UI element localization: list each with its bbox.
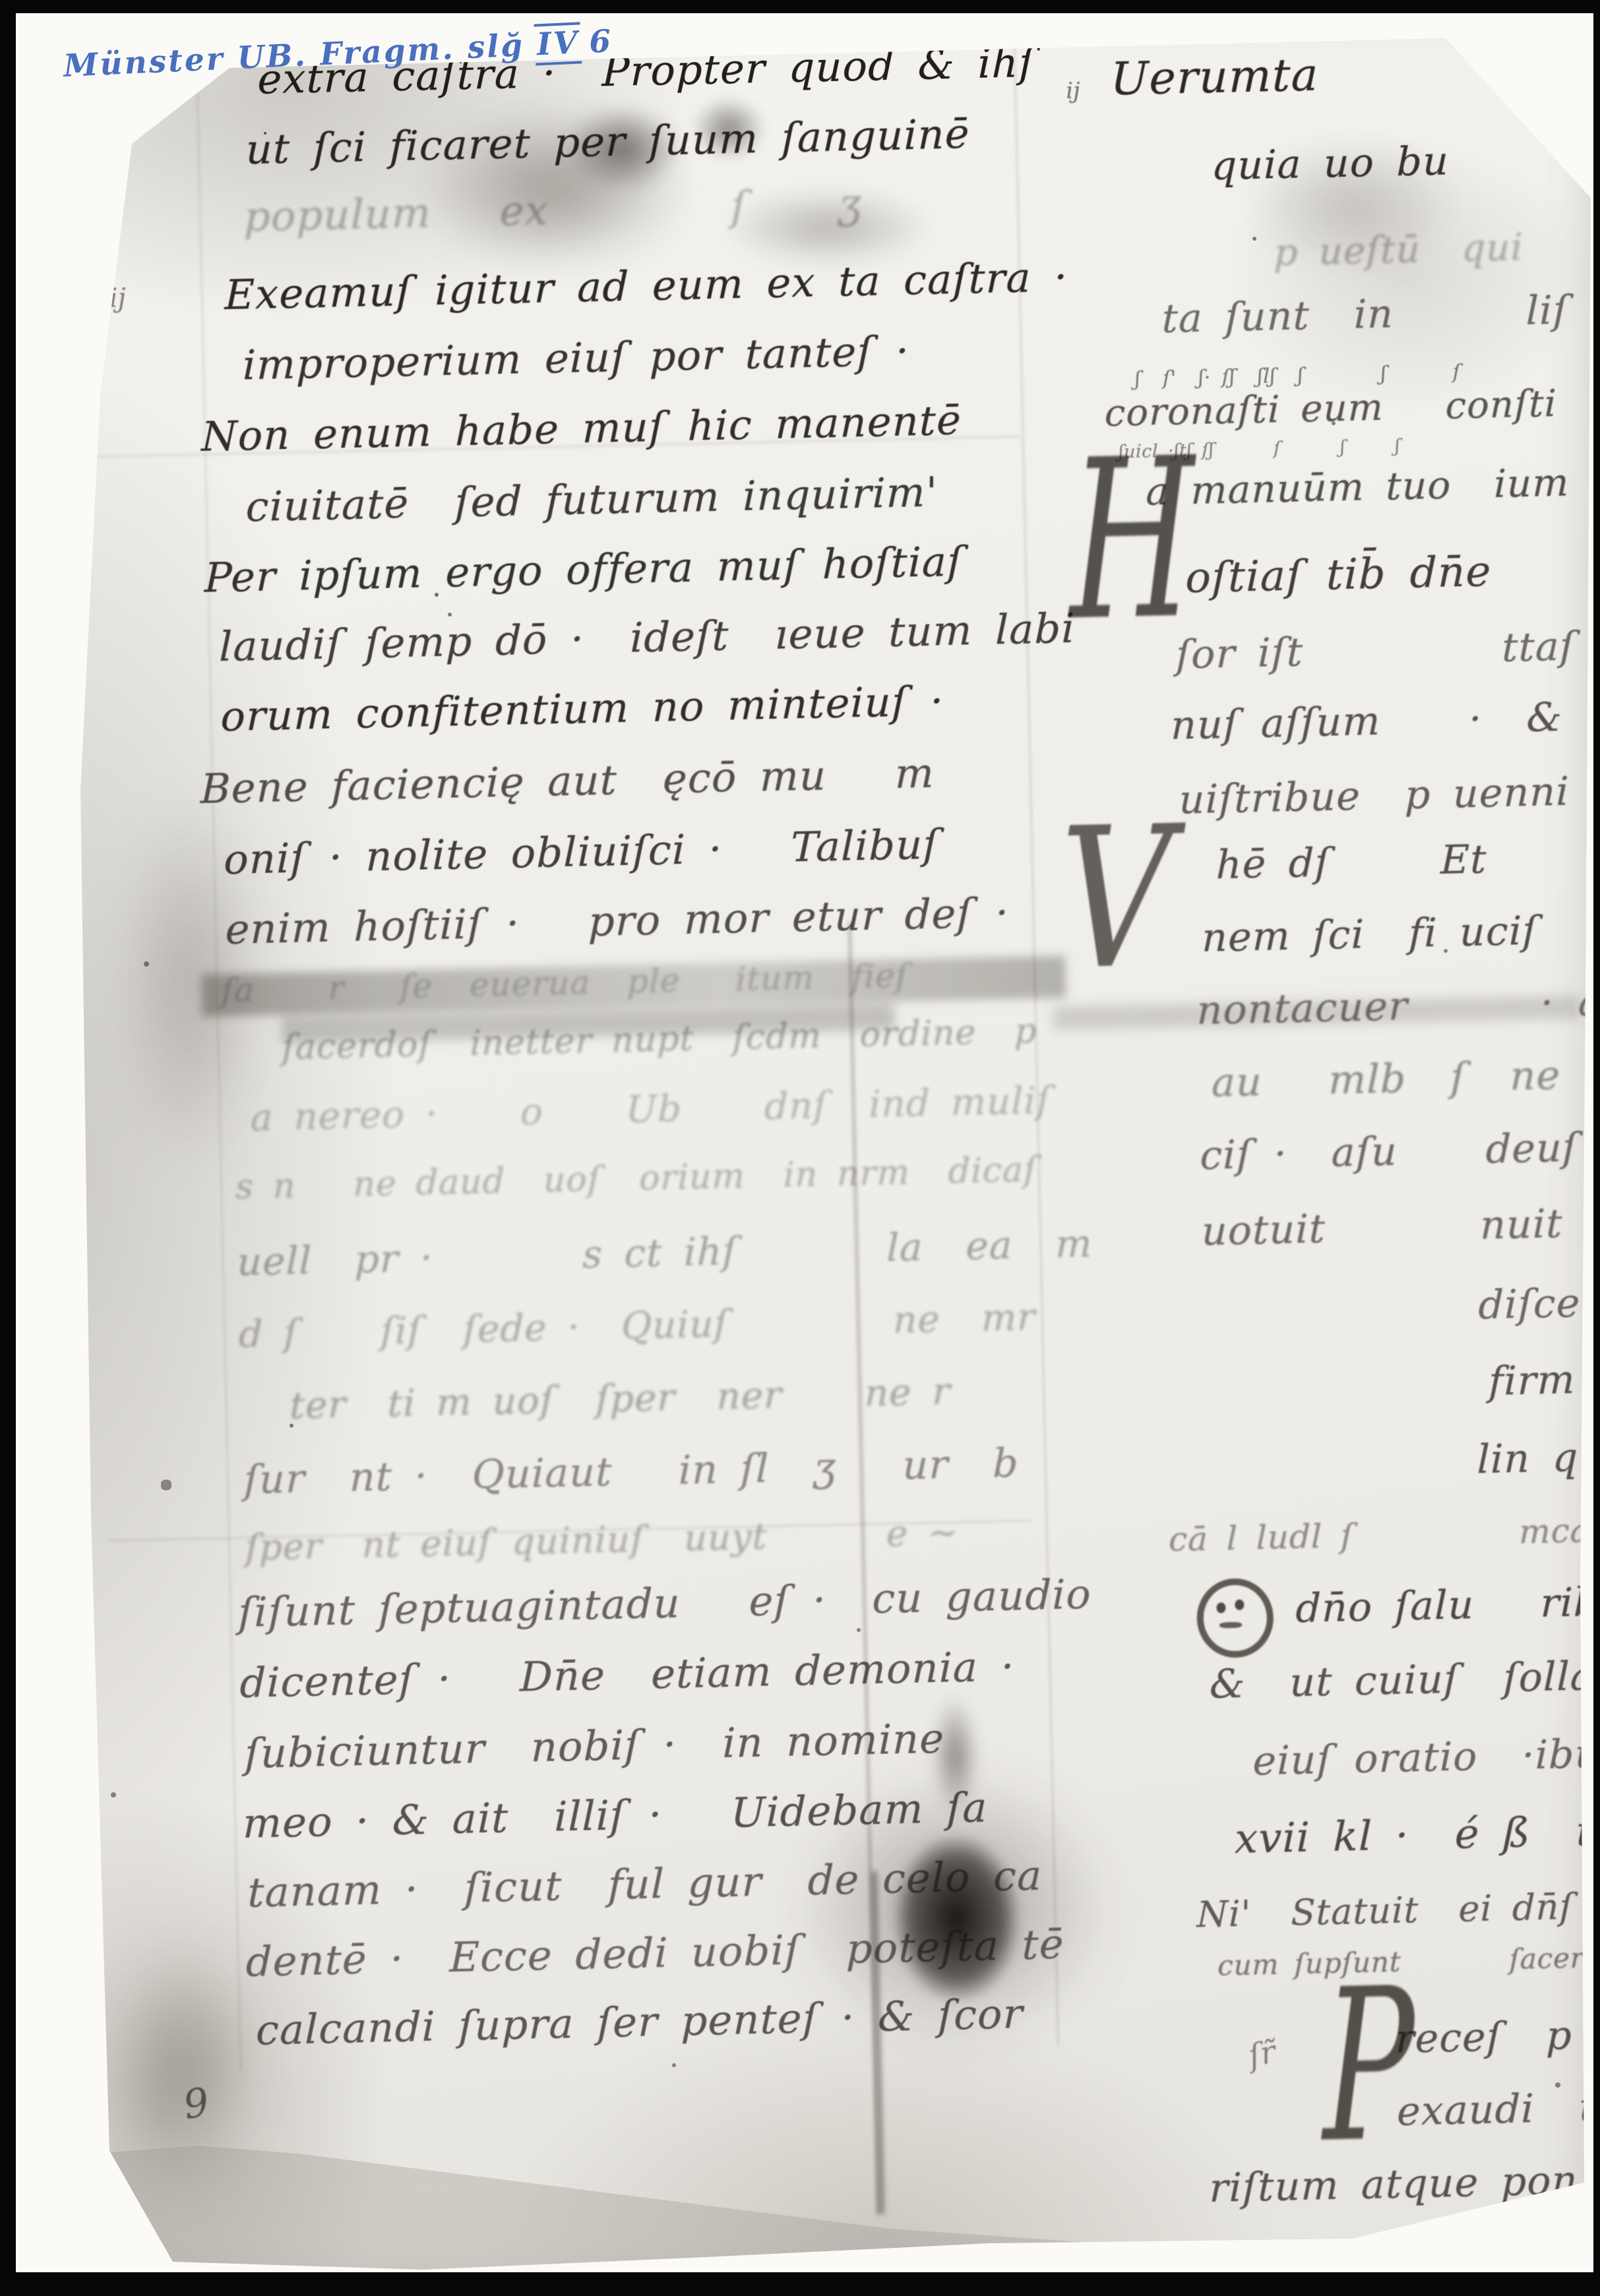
parchment-fragment: extra caſtra · Propter quod & ihſut ſci … [0,0,1600,2296]
shelfmark-number: 6 [588,23,613,61]
initial-D-mouth [1219,1622,1242,1629]
shelfmark-roman-numeral: IV [534,22,582,65]
scanned-page: { "window": { "background": "#060606", "… [0,0,1600,2296]
marginalia-layer: ijij9ſr̃ [0,0,1600,2296]
initial-D-eye [1235,1600,1244,1610]
quire-mark: ij [1066,79,1080,102]
quire-mark: 9 [181,2082,212,2125]
quire-mark: ſr̃ [1246,2036,1278,2072]
manuscript-text-layer: extra caſtra · Propter quod & ihſut ſci … [0,0,1600,2296]
initial-D-eye [1216,1602,1225,1613]
